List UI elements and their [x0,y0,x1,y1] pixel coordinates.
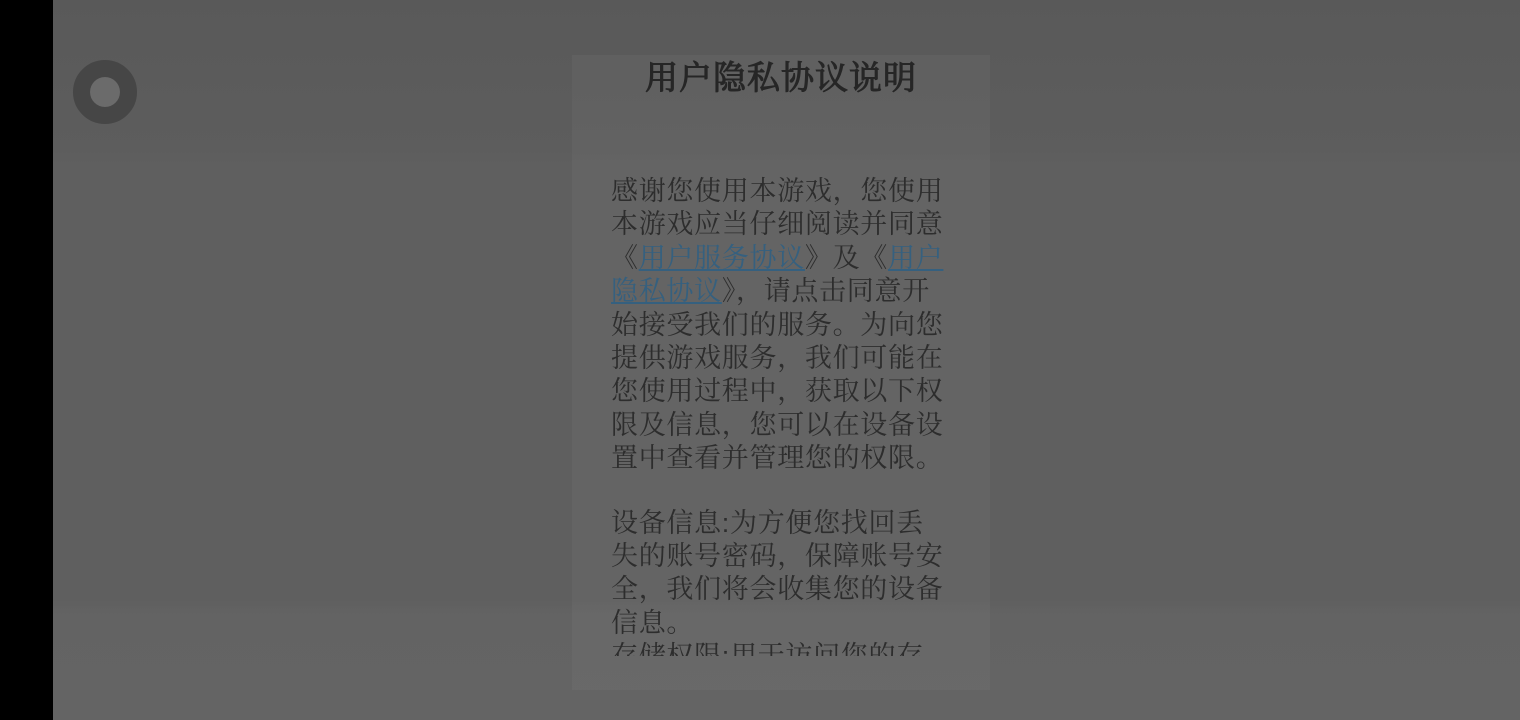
letterbox-bar [0,0,53,720]
privacy-agreement-dialog: 用户隐私协议说明 感谢您使用本游戏，您使用本游戏应当仔细阅读并同意《用户服务协议… [572,55,990,690]
text-segment: 感谢您使用本游戏，您使用 [611,176,943,206]
text-segment: 您使用过程中，获取以下权 [611,376,943,406]
text-line: 全，我们将会收集您的设备 [611,573,951,606]
text-line: 存储权限:用于访问您的存 [611,640,951,656]
text-line: 《用户服务协议》及《用户 [611,242,951,275]
text-segment: 》及《 [805,243,888,273]
text-segment: 提供游戏服务，我们可能在 [611,343,943,373]
text-line: 置中查看并管理您的权限。 [611,442,951,475]
text-line: 信息。 [611,607,951,640]
user-privacy-agreement-link[interactable]: 隐私协议 [611,276,722,306]
paragraph: 感谢您使用本游戏，您使用本游戏应当仔细阅读并同意《用户服务协议》及《用户隐私协议… [611,175,951,476]
text-line: 您使用过程中，获取以下权 [611,375,951,408]
text-segment: 存储权限:用于访问您的存 [611,641,924,656]
text-line: 本游戏应当仔细阅读并同意 [611,208,951,241]
user-service-agreement-link[interactable]: 用户服务协议 [639,243,805,273]
text-segment: 信息。 [611,608,694,638]
text-line: 限及信息，您可以在设备设 [611,409,951,442]
text-line: 始接受我们的服务。为向您 [611,309,951,342]
text-segment: 本游戏应当仔细阅读并同意 [611,209,943,239]
text-segment: 失的账号密码，保障账号安 [611,541,943,571]
dialog-title: 用户隐私协议说明 [572,59,990,96]
text-line: 设备信息:为方便您找回丢 [611,507,951,540]
privacy-text: 感谢您使用本游戏，您使用本游戏应当仔细阅读并同意《用户服务协议》及《用户隐私协议… [611,175,951,656]
text-segment: 全，我们将会收集您的设备 [611,574,943,604]
dialog-content: 用户隐私协议说明 感谢您使用本游戏，您使用本游戏应当仔细阅读并同意《用户服务协议… [572,55,990,656]
text-line: 感谢您使用本游戏，您使用 [611,175,951,208]
ring-icon [73,60,137,124]
user-privacy-agreement-link[interactable]: 用户 [888,243,943,273]
text-line: 隐私协议》，请点击同意开 [611,275,951,308]
text-segment: 始接受我们的服务。为向您 [611,310,943,340]
text-segment: 》，请点击同意开 [722,276,930,306]
text-segment: 《 [611,243,639,273]
text-line: 失的账号密码，保障账号安 [611,540,951,573]
text-segment: 置中查看并管理您的权限。 [611,443,943,473]
text-line: 提供游戏服务，我们可能在 [611,342,951,375]
text-segment: 限及信息，您可以在设备设 [611,410,943,440]
game-splash-screen: 用户隐私协议说明 感谢您使用本游戏，您使用本游戏应当仔细阅读并同意《用户服务协议… [0,0,1520,720]
paragraph: 设备信息:为方便您找回丢失的账号密码，保障账号安全，我们将会收集您的设备信息。存… [611,507,951,656]
text-segment: 设备信息:为方便您找回丢 [611,508,924,538]
